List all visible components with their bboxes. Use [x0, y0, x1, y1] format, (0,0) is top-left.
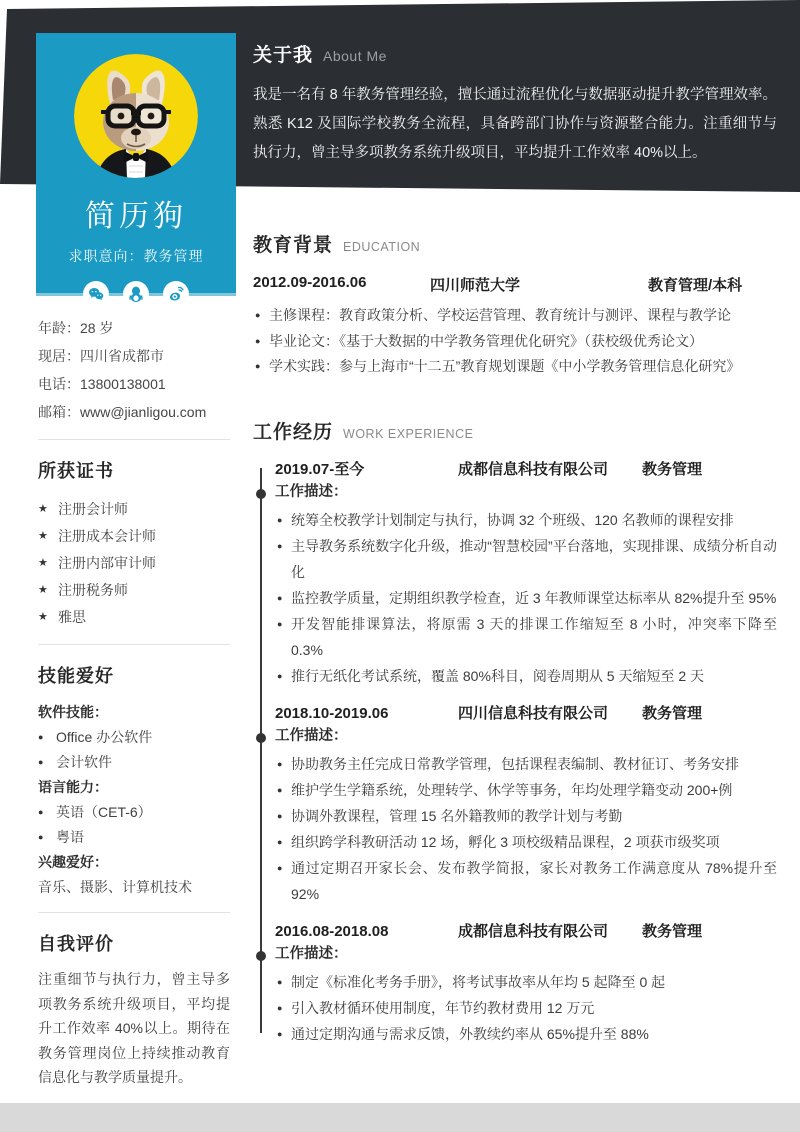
contact-line: 现居：四川省成都市: [38, 342, 230, 370]
about-text: 我是一名有 8 年教务管理经验，擅长通过流程优化与数据驱动提升教学管理效率。熟悉…: [253, 81, 777, 168]
bullet-icon: ●: [275, 751, 291, 777]
weibo-icon[interactable]: [163, 281, 189, 307]
job-entry: 2018.10-2019.06 四川信息科技有限公司 教务管理 工作描述： ● …: [253, 704, 777, 907]
dog-avatar-illustration: [74, 54, 198, 178]
bullet-icon: ●: [38, 750, 56, 775]
bullet-icon: ●: [275, 803, 291, 829]
education-section: 教育背景 EDUCATION 2012.09-2016.06 四川师范大学 教育…: [253, 230, 777, 380]
certificate-item: ★ 注册会计师: [38, 496, 230, 523]
work-header: 工作经历 WORK EXPERIENCE: [253, 417, 777, 444]
bullet-icon: ●: [275, 585, 291, 611]
skill-group-label: 语言能力：: [38, 775, 230, 800]
bullet-text: 开发智能排课算法，将原需 3 天的排课工作缩短至 8 小时，冲突率下降至 0.3…: [291, 611, 777, 663]
job-entry-header: 2019.07-至今 成都信息科技有限公司 教务管理: [275, 460, 777, 480]
divider: [38, 644, 230, 645]
bullet-icon: ●: [253, 329, 269, 355]
job-description-label: 工作描述：: [275, 942, 777, 967]
job-intention: 求职意向：教务管理: [36, 246, 236, 266]
about-subtitle: About Me: [323, 48, 387, 64]
star-icon: ★: [38, 577, 58, 604]
skills-title: 技能爱好: [38, 662, 230, 688]
skill-item: ● Office 办公软件: [38, 725, 230, 750]
job-bullet: ● 统筹全校教学计划制定与执行，协调 32 个班级、120 名教师的课程安排: [275, 507, 777, 533]
job-bullet: ● 通过定期沟通与需求反馈，外教续约率从 65%提升至 88%: [275, 1021, 777, 1047]
bullet-text: 主导教务系统数字化升级，推动“智慧校园”平台落地，实现排课、成绩分析自动化: [291, 533, 777, 585]
certificate-item: ★ 注册成本会计师: [38, 523, 230, 550]
certificate-label: 雅思: [58, 604, 86, 631]
bullet-icon: ●: [275, 969, 291, 995]
divider: [38, 912, 230, 913]
job-bullet: ● 协调外教课程，管理 15 名外籍教师的教学计划与考勤: [275, 803, 777, 829]
bullet-text: 维护学生学籍系统，处理转学、休学等事务，年均处理学籍变动 200+例: [291, 777, 777, 803]
job-description-label: 工作描述：: [275, 480, 777, 505]
footer-bar: [0, 1103, 800, 1132]
skill-group: 兴趣爱好： 音乐、摄影、计算机技术: [38, 850, 230, 899]
job-bullet: ● 组织跨学科教研活动 12 场，孵化 3 项校级精品课程，2 项获市级奖项: [275, 829, 777, 855]
certificate-label: 注册税务师: [58, 577, 128, 604]
about-title: 关于我: [253, 40, 313, 67]
self-evaluation-title: 自我评价: [38, 930, 230, 956]
contact-line: 电话：13800138001: [38, 370, 230, 398]
skill-item-label: 会计软件: [56, 750, 112, 775]
job-company: 成都信息科技有限公司: [458, 922, 642, 942]
timeline-dot-icon: [256, 951, 266, 961]
profile-card: 简历狗 求职意向：教务管理: [36, 33, 236, 296]
work-section: 工作经历 WORK EXPERIENCE 2019.07-至今 成都信息科技有限…: [253, 417, 777, 1062]
resume-page: 简历狗 求职意向：教务管理: [0, 0, 800, 1132]
bullet-icon: ●: [275, 507, 291, 533]
bullet-text: 组织跨学科教研活动 12 场，孵化 3 项校级精品课程，2 项获市级奖项: [291, 829, 777, 855]
bullet-text: 引入教材循环使用制度，年节约教材费用 12 万元: [291, 995, 777, 1021]
sidebar: 年龄：28 岁现居：四川省成都市电话：13800138001邮箱：www@jia…: [38, 314, 230, 1090]
job-bullet: ● 主导教务系统数字化升级，推动“智慧校园”平台落地，实现排课、成绩分析自动化: [275, 533, 777, 585]
certificate-item: ★ 注册内部审计师: [38, 550, 230, 577]
bullet-text: 主修课程：教育政策分析、学校运营管理、教育统计与测评、课程与教学论: [269, 303, 777, 329]
work-subtitle: WORK EXPERIENCE: [343, 427, 473, 441]
profile-name: 简历狗: [36, 191, 236, 235]
skill-group-label: 兴趣爱好：: [38, 850, 230, 875]
wechat-icon[interactable]: [83, 281, 109, 307]
education-title: 教育背景: [253, 230, 333, 257]
certificate-label: 注册成本会计师: [58, 523, 156, 550]
bullet-text: 通过定期召开家长会、发布教学简报，家长对教务工作满意度从 78%提升至 92%: [291, 855, 777, 907]
job-role: 教务管理: [642, 704, 777, 724]
skill-item-label: Office 办公软件: [56, 725, 152, 750]
education-subtitle: EDUCATION: [343, 240, 420, 254]
star-icon: ★: [38, 523, 58, 550]
job-entry: 2016.08-2018.08 成都信息科技有限公司 教务管理 工作描述： ● …: [253, 922, 777, 1047]
certificate-label: 注册内部审计师: [58, 550, 156, 577]
skill-item-label: 粤语: [56, 825, 84, 850]
job-description-label: 工作描述：: [275, 724, 777, 749]
job-company: 四川信息科技有限公司: [458, 704, 642, 724]
bullet-icon: ●: [275, 533, 291, 585]
timeline-dot-icon: [256, 489, 266, 499]
skill-group-text: 音乐、摄影、计算机技术: [38, 875, 230, 899]
star-icon: ★: [38, 496, 58, 523]
bullet-text: 毕业论文：《基于大数据的中学教务管理优化研究》（获校级优秀论文）: [269, 329, 777, 355]
job-entry: 2019.07-至今 成都信息科技有限公司 教务管理 工作描述： ● 统筹全校教…: [253, 460, 777, 689]
star-icon: ★: [38, 604, 58, 631]
job-entry-header: 2018.10-2019.06 四川信息科技有限公司 教务管理: [275, 704, 777, 724]
avatar: [74, 54, 198, 178]
social-icons-row: [36, 281, 236, 307]
bullet-text: 协调外教课程，管理 15 名外籍教师的教学计划与考勤: [291, 803, 777, 829]
skill-group: 语言能力： ● 英语（CET-6） ● 粤语: [38, 775, 230, 850]
education-header: 教育背景 EDUCATION: [253, 230, 777, 257]
bullet-icon: ●: [275, 611, 291, 663]
star-icon: ★: [38, 550, 58, 577]
education-bullet: ● 毕业论文：《基于大数据的中学教务管理优化研究》（获校级优秀论文）: [253, 329, 777, 355]
bullet-text: 学术实践：参与上海市“十二五”教育规划课题《中小学教务管理信息化研究》: [269, 354, 777, 380]
education-entry: 2012.09-2016.06 四川师范大学 教育管理/本科 ● 主修课程：教育…: [253, 274, 777, 380]
contact-line: 邮箱：www@jianligou.com: [38, 398, 230, 426]
skill-item: ● 英语（CET-6）: [38, 800, 230, 825]
job-role: 教务管理: [642, 460, 777, 480]
bullet-icon: ●: [38, 825, 56, 850]
bullet-icon: ●: [275, 855, 291, 907]
job-period: 2019.07-至今: [275, 460, 458, 480]
skill-item-label: 英语（CET-6）: [56, 800, 152, 825]
bullet-text: 推行无纸化考试系统，覆盖 80%科目，阅卷周期从 5 天缩短至 2 天: [291, 663, 777, 689]
bullet-icon: ●: [275, 663, 291, 689]
job-bullet: ● 协助教务主任完成日常教学管理，包括课程表编制、教材征订、考务安排: [275, 751, 777, 777]
education-bullet: ● 学术实践：参与上海市“十二五”教育规划课题《中小学教务管理信息化研究》: [253, 354, 777, 380]
bullet-icon: ●: [253, 303, 269, 329]
qq-icon[interactable]: [123, 281, 149, 307]
bullet-icon: ●: [275, 777, 291, 803]
bullet-text: 协助教务主任完成日常教学管理，包括课程表编制、教材征订、考务安排: [291, 751, 777, 777]
job-company: 成都信息科技有限公司: [458, 460, 642, 480]
bullet-text: 制定《标准化考务手册》，将考试事故率从年均 5 起降至 0 起: [291, 969, 777, 995]
about-section: 关于我 About Me 我是一名有 8 年教务管理经验，擅长通过流程优化与数据…: [253, 40, 777, 168]
job-bullet: ● 开发智能排课算法，将原需 3 天的排课工作缩短至 8 小时，冲突率下降至 0…: [275, 611, 777, 663]
skill-group: 软件技能： ● Office 办公软件 ● 会计软件: [38, 700, 230, 775]
divider: [38, 439, 230, 440]
job-entry-header: 2016.08-2018.08 成都信息科技有限公司 教务管理: [275, 922, 777, 942]
skill-item: ● 会计软件: [38, 750, 230, 775]
contact-info: 年龄：28 岁现居：四川省成都市电话：13800138001邮箱：www@jia…: [38, 314, 230, 426]
job-bullet: ● 推行无纸化考试系统，覆盖 80%科目，阅卷周期从 5 天缩短至 2 天: [275, 663, 777, 689]
certificate-item: ★ 注册税务师: [38, 577, 230, 604]
job-list: 2019.07-至今 成都信息科技有限公司 教务管理 工作描述： ● 统筹全校教…: [253, 460, 777, 1047]
job-role: 教务管理: [642, 922, 777, 942]
skills-groups: 软件技能： ● Office 办公软件 ● 会计软件: [38, 700, 230, 899]
bullet-icon: ●: [275, 829, 291, 855]
work-title: 工作经历: [253, 417, 333, 444]
timeline-dot-icon: [256, 733, 266, 743]
bullet-icon: ●: [275, 995, 291, 1021]
job-period: 2018.10-2019.06: [275, 704, 458, 724]
certificate-label: 注册会计师: [58, 496, 128, 523]
job-bullet: ● 监控教学质量，定期组织教学检查，近 3 年教师课堂达标率从 82%提升至 9…: [275, 585, 777, 611]
bullet-text: 监控教学质量，定期组织教学检查，近 3 年教师课堂达标率从 82%提升至 95%: [291, 585, 777, 611]
bullet-icon: ●: [275, 1021, 291, 1047]
skill-item: ● 粤语: [38, 825, 230, 850]
job-bullet: ● 引入教材循环使用制度，年节约教材费用 12 万元: [275, 995, 777, 1021]
education-period: 2012.09-2016.06: [253, 274, 430, 295]
bullet-icon: ●: [38, 800, 56, 825]
education-degree: 教育管理/本科: [648, 274, 777, 295]
job-period: 2016.08-2018.08: [275, 922, 458, 942]
about-header: 关于我 About Me: [253, 40, 777, 67]
bullet-icon: ●: [253, 354, 269, 380]
contact-line: 年龄：28 岁: [38, 314, 230, 342]
skill-group-label: 软件技能：: [38, 700, 230, 725]
job-bullet: ● 通过定期召开家长会、发布教学简报，家长对教务工作满意度从 78%提升至 92…: [275, 855, 777, 907]
certificates-title: 所获证书: [38, 457, 230, 483]
work-timeline: 2019.07-至今 成都信息科技有限公司 教务管理 工作描述： ● 统筹全校教…: [253, 460, 777, 1047]
job-bullet: ● 维护学生学籍系统，处理转学、休学等事务，年均处理学籍变动 200+例: [275, 777, 777, 803]
bullet-icon: ●: [38, 725, 56, 750]
education-school: 四川师范大学: [430, 274, 648, 295]
self-evaluation-text: 注重细节与执行力，曾主导多项教务系统升级项目，平均提升工作效率 40%以上。期待…: [38, 967, 230, 1090]
bullet-text: 通过定期沟通与需求反馈，外教续约率从 65%提升至 88%: [291, 1021, 777, 1047]
education-entries: 2012.09-2016.06 四川师范大学 教育管理/本科 ● 主修课程：教育…: [253, 274, 777, 380]
education-bullet: ● 主修课程：教育政策分析、学校运营管理、教育统计与测评、课程与教学论: [253, 303, 777, 329]
education-entry-header: 2012.09-2016.06 四川师范大学 教育管理/本科: [253, 274, 777, 295]
job-bullet: ● 制定《标准化考务手册》，将考试事故率从年均 5 起降至 0 起: [275, 969, 777, 995]
certificates-list: ★ 注册会计师 ★ 注册成本会计师 ★ 注册内部审计师 ★ 注册税务师: [38, 496, 230, 631]
bullet-text: 统筹全校教学计划制定与执行，协调 32 个班级、120 名教师的课程安排: [291, 507, 777, 533]
certificate-item: ★ 雅思: [38, 604, 230, 631]
